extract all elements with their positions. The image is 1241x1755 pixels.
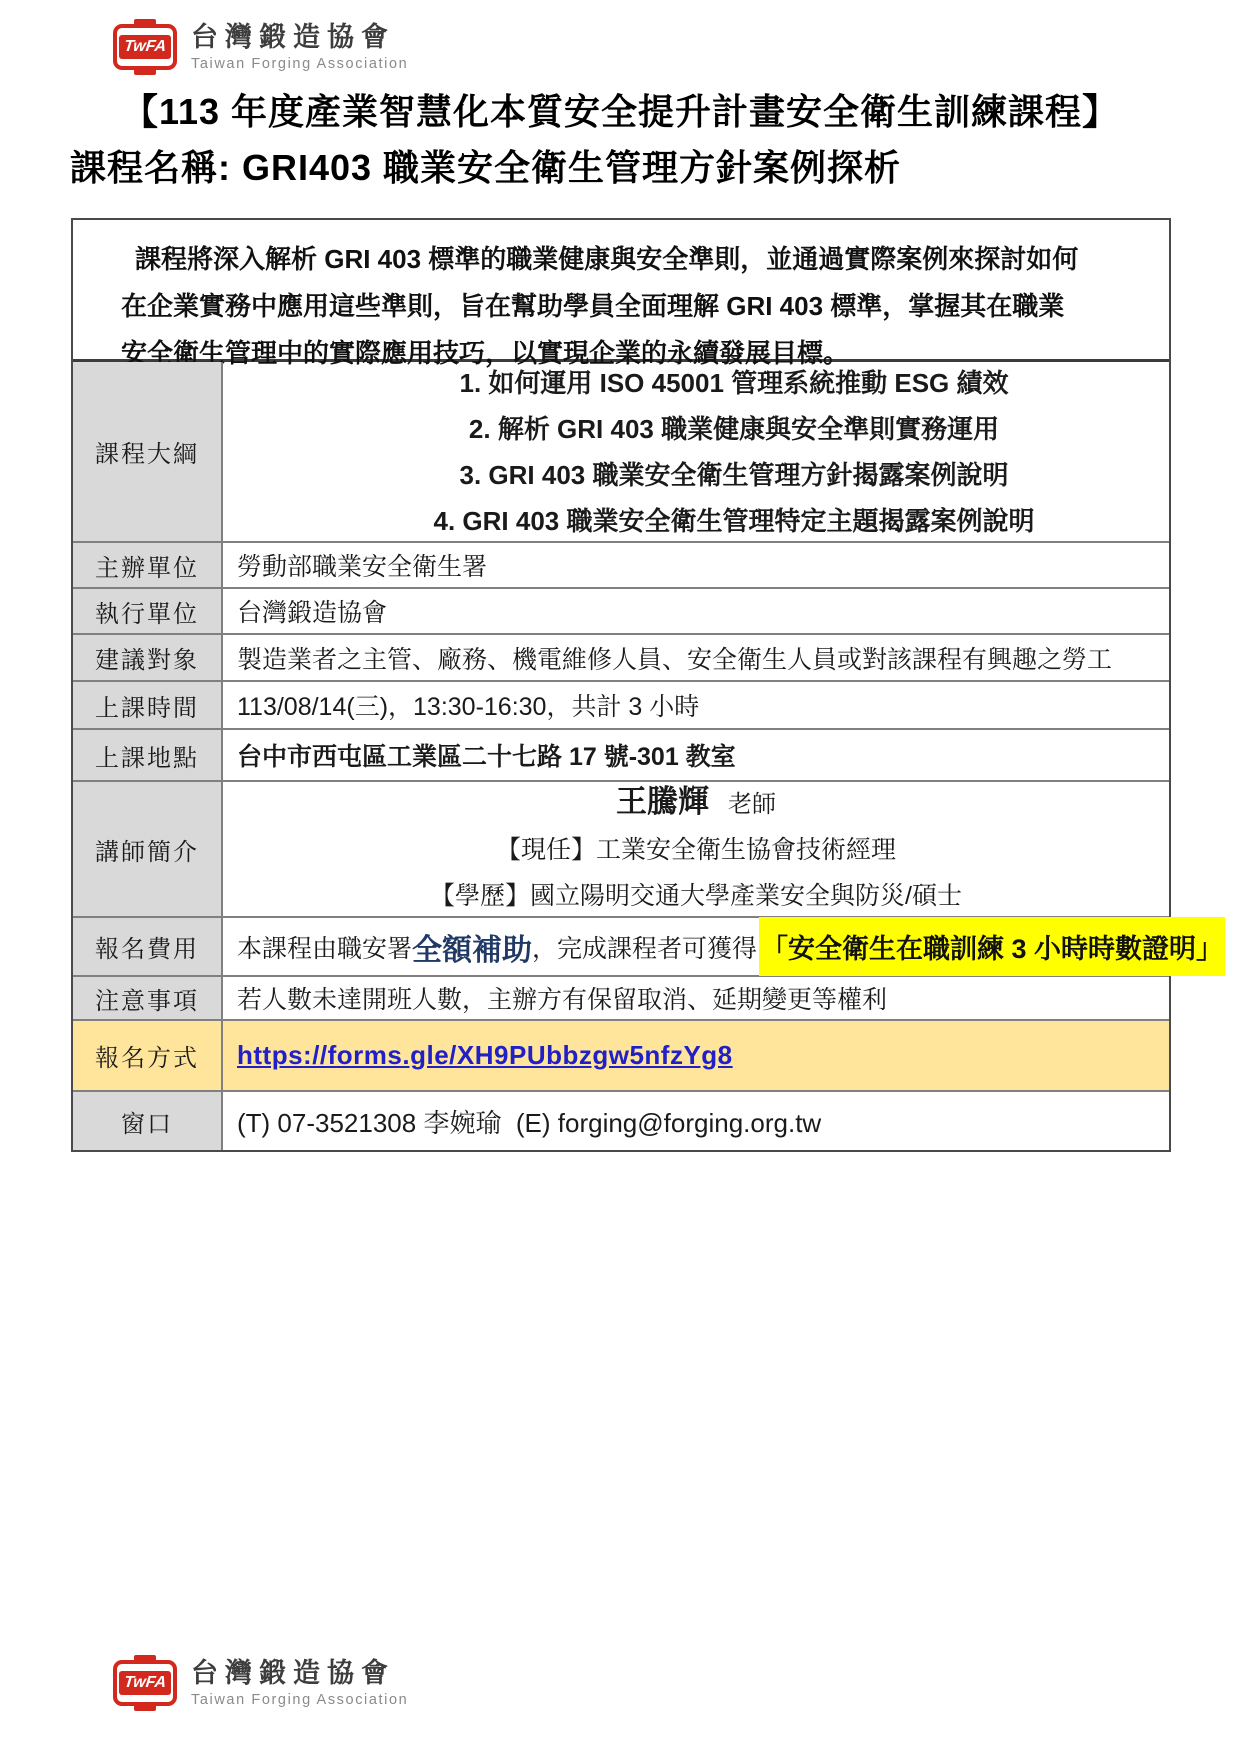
row-contact: 窗口 (T) 07-3521308 李婉瑜 (E) forging@forgin… [73,1092,1169,1150]
row-notice: 注意事項 若人數未達開班人數，主辦方有保留取消、延期變更等權利 [73,977,1169,1021]
lecturer-name-line: 王騰輝 老師 [616,780,776,827]
value-organizer: 勞動部職業安全衛生署 [223,543,1169,587]
twfa-logo-icon: TwFA [113,24,177,70]
row-lecturer: 講師簡介 王騰輝 老師 【現任】工業安全衛生協會技術經理 【學歷】國立陽明交通大… [73,782,1169,918]
brand-names: 台灣鍛造協會 Taiwan Forging Association [191,22,408,73]
twfa-logo-text: TwFA [123,1674,167,1692]
lecturer-education: 【學歷】國立陽明交通大學產業安全與防災/碩士 [430,873,962,919]
label-course-outline: 課程大綱 [73,362,223,541]
row-class-time: 上課時間 113/08/14(三)，13:30-16:30，共計 3 小時 [73,682,1169,730]
label-audience: 建議對象 [73,635,223,680]
label-fee: 報名費用 [73,918,223,975]
fee-text-1: 本課程由職安署 [237,929,412,965]
twfa-logo-icon: TwFA [113,1660,177,1706]
course-intro-line1: 課程將深入解析 GRI 403 標準的職業健康與安全準則，並通過實際案例來探討如… [121,236,1078,283]
label-class-time: 上課時間 [73,682,223,728]
footer-brand: TwFA 台灣鍛造協會 Taiwan Forging Association [113,1658,408,1709]
course-intro-text: 課程將深入解析 GRI 403 標準的職業健康與安全準則，並通過實際案例來探討如… [73,220,1108,359]
row-fee: 報名費用 本課程由職安署全額補助，完成課程者可獲得「安全衛生在職訓練 3 小時時… [73,918,1169,977]
label-lecturer: 講師簡介 [73,782,223,916]
brand-name-zh: 台灣鍛造協會 [191,22,408,53]
page-title-course: 課程名稱: GRI403 職業安全衛生管理方針案例探析 [70,140,1171,191]
label-class-place: 上課地點 [73,730,223,780]
value-notice: 若人數未達開班人數，主辦方有保留取消、延期變更等權利 [223,977,1169,1019]
brand-name-zh: 台灣鍛造協會 [191,1658,408,1689]
label-notice: 注意事項 [73,977,223,1019]
lecturer-name: 王騰輝 [616,784,709,819]
label-contact: 窗口 [73,1092,223,1150]
twfa-logo-text: TwFA [123,38,167,56]
header-brand: TwFA 台灣鍛造協會 Taiwan Forging Association [113,22,408,73]
row-course-outline: 課程大綱 1. 如何運用 ISO 45001 管理系統推動 ESG 績效 2. … [73,362,1169,543]
brand-name-en: Taiwan Forging Association [191,1692,408,1709]
outline-item-4: 4. GRI 403 職業安全衛生管理特定主題揭露案例說明 [434,498,1035,544]
label-signup: 報名方式 [73,1021,223,1090]
row-course-intro: 課程將深入解析 GRI 403 標準的職業健康與安全準則，並通過實際案例來探討如… [73,220,1169,362]
outline-item-1: 1. 如何運用 ISO 45001 管理系統推動 ESG 績效 [459,360,1008,406]
lecturer-info: 王騰輝 老師 【現任】工業安全衛生協會技術經理 【學歷】國立陽明交通大學產業安全… [223,782,1169,916]
signup-cell: https://forms.gle/XH9PUbbzgw5nfzYg8 [223,1021,1169,1090]
signup-form-link[interactable]: https://forms.gle/XH9PUbbzgw5nfzYg8 [237,1040,733,1071]
value-class-time: 113/08/14(三)，13:30-16:30，共計 3 小時 [223,682,1169,728]
lecturer-current: 【現任】工業安全衛生協會技術經理 [496,827,896,873]
fee-highlighted-certificate: 「安全衛生在職訓練 3 小時時數證明」 [759,917,1225,976]
row-executor: 執行單位 台灣鍛造協會 [73,589,1169,635]
page-title-main: 【113 年度產業智慧化本質安全提升計畫安全衛生訓練課程】 [70,84,1171,135]
outline-item-2: 2. 解析 GRI 403 職業健康與安全準則實務運用 [469,406,999,452]
brand-name-en: Taiwan Forging Association [191,56,408,73]
lecturer-name-suffix: 老師 [728,791,776,818]
twfa-logo-band: TwFA [119,35,171,59]
value-executor: 台灣鍛造協會 [223,589,1169,633]
course-intro-line2: 在企業實務中應用這些準則，旨在幫助學員全面理解 GRI 403 標準，掌握其在職… [121,283,1078,330]
fee-info: 本課程由職安署全額補助，完成課程者可獲得「安全衛生在職訓練 3 小時時數證明」 [223,918,1225,975]
value-class-place: 台中市西屯區工業區二十七路 17 號-301 教室 [223,730,1169,780]
row-class-place: 上課地點 台中市西屯區工業區二十七路 17 號-301 教室 [73,730,1169,782]
twfa-logo-band: TwFA [119,1671,171,1695]
brand-names: 台灣鍛造協會 Taiwan Forging Association [191,1658,408,1709]
row-audience: 建議對象 製造業者之主管、廠務、機電維修人員、安全衛生人員或對該課程有興趣之勞工 [73,635,1169,682]
course-outline-list: 1. 如何運用 ISO 45001 管理系統推動 ESG 績效 2. 解析 GR… [223,362,1169,541]
value-contact: (T) 07-3521308 李婉瑜 (E) forging@forging.o… [223,1092,1169,1150]
fee-text-2: ，完成課程者可獲得 [532,929,757,965]
label-organizer: 主辦單位 [73,543,223,587]
label-executor: 執行單位 [73,589,223,633]
fee-emphasis: 全額補助 [412,925,532,969]
value-audience: 製造業者之主管、廠務、機電維修人員、安全衛生人員或對該課程有興趣之勞工 [223,635,1169,680]
row-organizer: 主辦單位 勞動部職業安全衛生署 [73,543,1169,589]
course-info-table: 課程將深入解析 GRI 403 標準的職業健康與安全準則，並通過實際案例來探討如… [71,218,1171,1152]
outline-item-3: 3. GRI 403 職業安全衛生管理方針揭露案例說明 [460,452,1009,498]
row-signup: 報名方式 https://forms.gle/XH9PUbbzgw5nfzYg8 [73,1021,1169,1092]
